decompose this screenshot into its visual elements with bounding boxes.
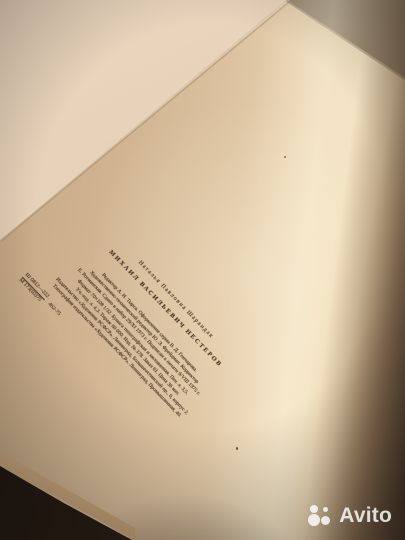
- catalog-code-suffix: 462-75: [46, 302, 62, 317]
- paper-speck: [284, 156, 286, 158]
- avito-watermark: Avito: [308, 504, 392, 527]
- avito-logo-icon: [308, 504, 333, 527]
- paper-speck: [236, 447, 238, 450]
- avito-watermark-label: Avito: [339, 505, 392, 526]
- book-photo: Наталья Павловна Шарандак МИХАИЛ ВАСИЛЬЕ…: [0, 0, 405, 540]
